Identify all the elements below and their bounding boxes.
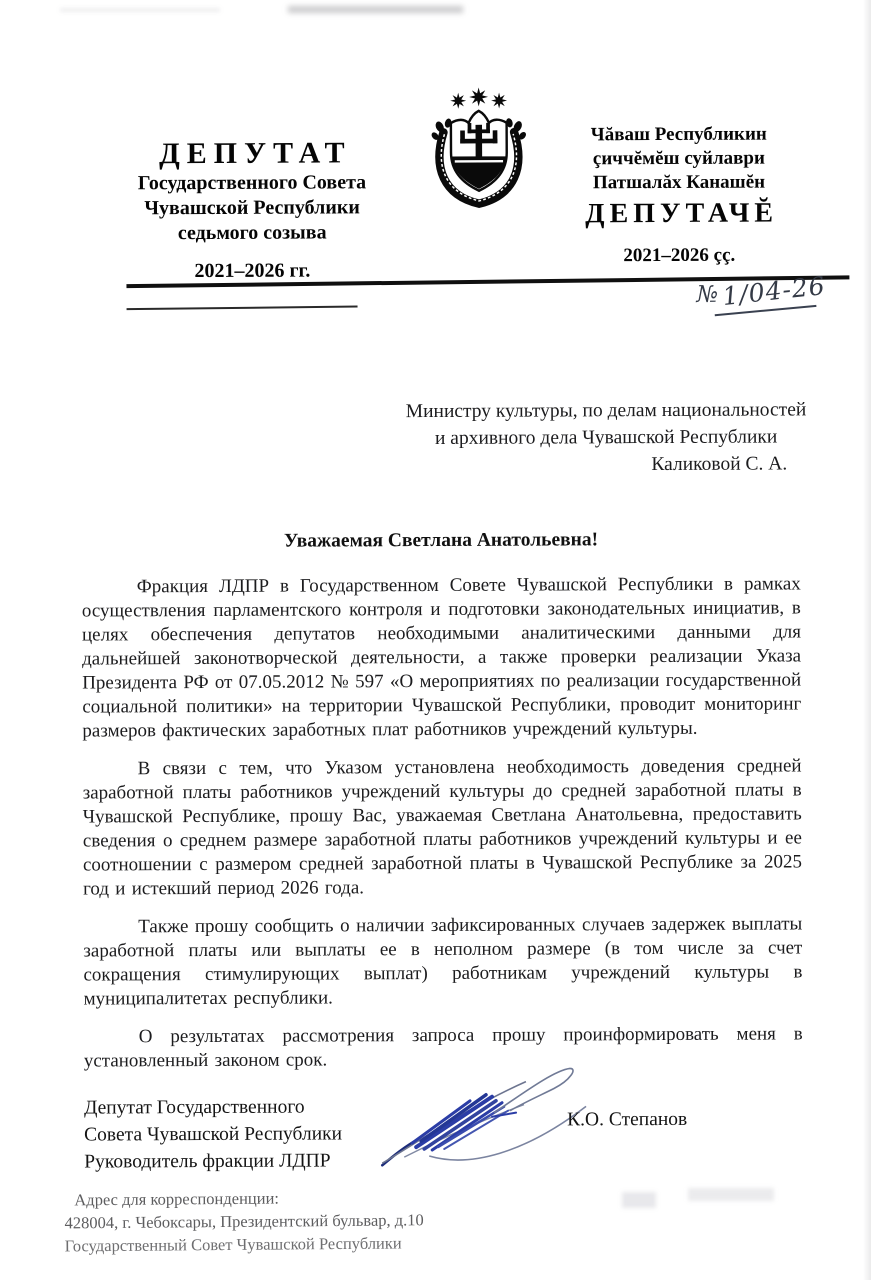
- letterhead-ru-line2: Чувашской Республики: [106, 195, 398, 221]
- footer-line2: 428004, г. Чебоксары, Президентский буль…: [64, 1208, 423, 1234]
- letterhead-ru-line1: Государственного Совета: [106, 170, 398, 196]
- scanned-letter-page: ДЕПУТАТ Государственного Совета Чувашско…: [0, 0, 871, 1280]
- letterhead-cv-line2: çиччĕмĕш суйлаври: [551, 146, 807, 171]
- correspondence-address: Адрес для корреспонденции: 428004, г. Че…: [64, 1185, 424, 1257]
- letterhead-ru-line3: седьмого созыва: [106, 220, 398, 246]
- date-line-rule: [127, 306, 358, 311]
- letterhead-cv-line1: Чăваш Республикин: [551, 122, 807, 147]
- signer-position-line1: Депутат Государственного: [84, 1093, 342, 1121]
- ink-bleed-ghost-text: [688, 1188, 774, 1201]
- reference-number: № 1/04-26: [696, 278, 825, 308]
- scan-smudge-top-left: [60, 8, 220, 12]
- footer-line1: Адрес для корреспонденции:: [64, 1185, 423, 1211]
- scan-edge-shadow: [863, 0, 871, 1280]
- signer-position-line2: Совета Чувашской Республики: [84, 1120, 342, 1148]
- signer-name: К.О. Степанов: [567, 1109, 687, 1132]
- letterhead-title-ru: ДЕПУТАТ: [106, 136, 398, 171]
- paragraph-1: Фракция ЛДПР в Государственном Совете Чу…: [82, 572, 802, 743]
- letterhead-chuvash: Чăваш Республикин çиччĕмĕш суйлаври Патш…: [551, 122, 808, 267]
- scan-smudge-top: [288, 6, 463, 13]
- letterhead-russian: ДЕПУТАТ Государственного Совета Чувашско…: [106, 136, 399, 283]
- paragraph-2: В связи с тем, что Указом установлена не…: [83, 754, 803, 901]
- letterhead-title-cv: ДЕПУТАЧĔ: [551, 196, 807, 231]
- signer-position-line3: Руководитель фракции ЛДПР: [84, 1147, 342, 1175]
- chuvash-coat-of-arms-icon: [422, 86, 537, 216]
- number-sign: №: [696, 282, 718, 308]
- addressee-line1: Министру культуры, по делам национальнос…: [389, 396, 823, 425]
- letterhead-cv-term: 2021–2026 çç.: [551, 244, 807, 267]
- handwritten-signature-icon: [374, 1054, 597, 1173]
- scan-content: ДЕПУТАТ Государственного Совета Чувашско…: [0, 0, 871, 1280]
- paragraph-3: Также прошу сообщить о наличии зафиксиро…: [83, 912, 802, 1011]
- letterhead-ru-term: 2021–2026 гг.: [106, 259, 398, 283]
- addressee-name: Каликовой С. А.: [389, 450, 823, 479]
- signer-position-block: Депутат Государственного Совета Чувашско…: [84, 1093, 342, 1175]
- ink-bleed-ghost-text: [622, 1192, 656, 1208]
- salutation: Уважаемая Светлана Анатольевна!: [82, 528, 801, 553]
- letterhead-cv-line3: Патшалăх Канашĕн: [551, 170, 807, 195]
- addressee-block: Министру культуры, по делам национальнос…: [389, 396, 823, 479]
- addressee-line2: и архивного дела Чувашской Республики: [389, 423, 823, 452]
- footer-line3: Государственный Совет Чувашской Республи…: [65, 1231, 424, 1257]
- letter-body: Уважаемая Светлана Анатольевна! Фракция …: [82, 528, 803, 1073]
